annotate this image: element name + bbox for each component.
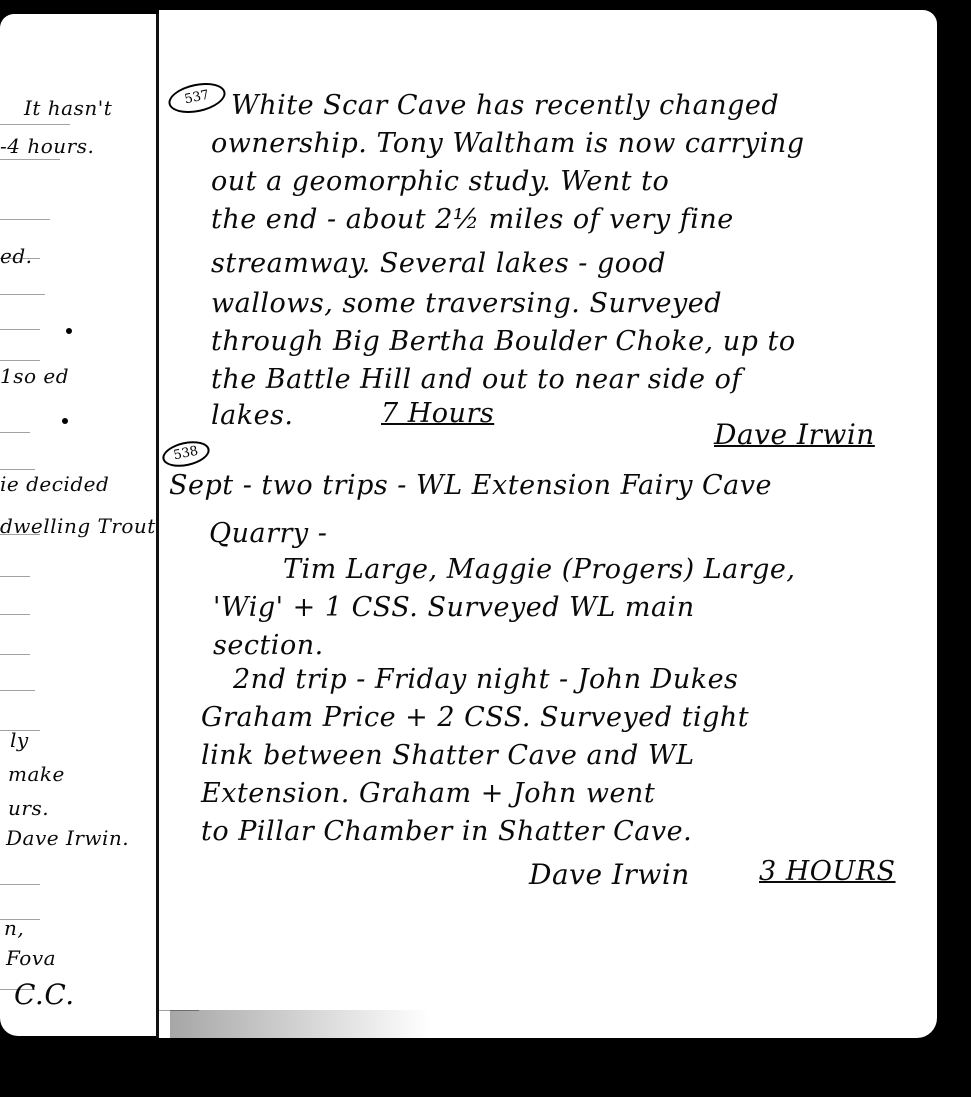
entry-line: through Big Bertha Boulder Choke, up to: [211, 326, 796, 357]
ruled-line: [0, 294, 45, 295]
ruled-line: [0, 159, 60, 160]
margin-text: n,: [4, 916, 24, 940]
margin-text: dwelling Trout: [0, 514, 156, 538]
ruled-line: [0, 690, 35, 691]
margin-text: make: [8, 762, 65, 786]
ruled-line: [0, 124, 70, 125]
entry-line: to Pillar Chamber in Shatter Cave.: [201, 816, 692, 847]
ruled-line: [0, 360, 40, 361]
margin-text: ie decided: [0, 472, 109, 496]
entry-line: Quarry -: [209, 518, 327, 549]
entry-line: ownership. Tony Waltham is now carrying: [211, 128, 805, 159]
margin-text: It hasn't: [24, 96, 112, 120]
entry-line: White Scar Cave has recently changed: [231, 90, 779, 121]
entry-line: section.: [213, 630, 324, 661]
entry-line: streamway. Several lakes - good: [211, 248, 666, 279]
entry-line: lakes.: [211, 400, 294, 431]
entry-line: out a geomorphic study. Went to: [211, 166, 669, 197]
ruled-line: [0, 329, 40, 330]
entry-hours: 3 HOURS: [759, 856, 896, 887]
margin-dot: [62, 418, 68, 424]
entry-line: 'Wig' + 1 CSS. Surveyed WL main: [213, 592, 695, 623]
ruled-line: [0, 469, 35, 470]
entry-line: Tim Large, Maggie (Progers) Large,: [283, 554, 795, 585]
entry-signature: Dave Irwin: [714, 418, 875, 451]
entry-signature: Dave Irwin: [529, 858, 690, 891]
main-page: 537 White Scar Cave has recently changed…: [159, 10, 937, 1038]
ruled-line: [0, 884, 40, 885]
page-shadow: [170, 1010, 430, 1038]
margin-text: C.C.: [14, 978, 75, 1011]
margin-text: Fova: [6, 946, 56, 970]
left-page: It hasn't -4 hours. ed. 1so ed ie decide…: [0, 14, 158, 1036]
margin-text: Dave Irwin.: [6, 826, 129, 850]
ruled-line: [0, 576, 30, 577]
entry-line: the Battle Hill and out to near side of: [211, 364, 742, 395]
entry-number-badge: 538: [160, 437, 212, 470]
margin-text: ed.: [0, 244, 33, 268]
entry-line: the end - about 2½ miles of very fine: [211, 204, 734, 235]
entry-line: Sept - two trips - WL Extension Fairy Ca…: [169, 470, 772, 501]
entry-hours: 7 Hours: [381, 398, 494, 429]
entry-number-badge: 537: [166, 78, 229, 117]
entry-line: Graham Price + 2 CSS. Surveyed tight: [201, 702, 749, 733]
margin-text: ly: [10, 728, 29, 752]
ruled-line: [0, 614, 30, 615]
margin-dot: [66, 328, 72, 334]
margin-text: 1so ed: [0, 364, 69, 388]
ruled-line: [0, 219, 50, 220]
margin-text: -4 hours.: [0, 134, 94, 158]
entry-line: link between Shatter Cave and WL: [201, 740, 695, 771]
entry-line: 2nd trip - Friday night - John Dukes: [233, 664, 738, 695]
margin-text: urs.: [8, 796, 49, 820]
ruled-line: [0, 654, 30, 655]
entry-line: Extension. Graham + John went: [201, 778, 655, 809]
entry-line: wallows, some traversing. Surveyed: [211, 288, 722, 319]
ruled-line: [0, 432, 30, 433]
